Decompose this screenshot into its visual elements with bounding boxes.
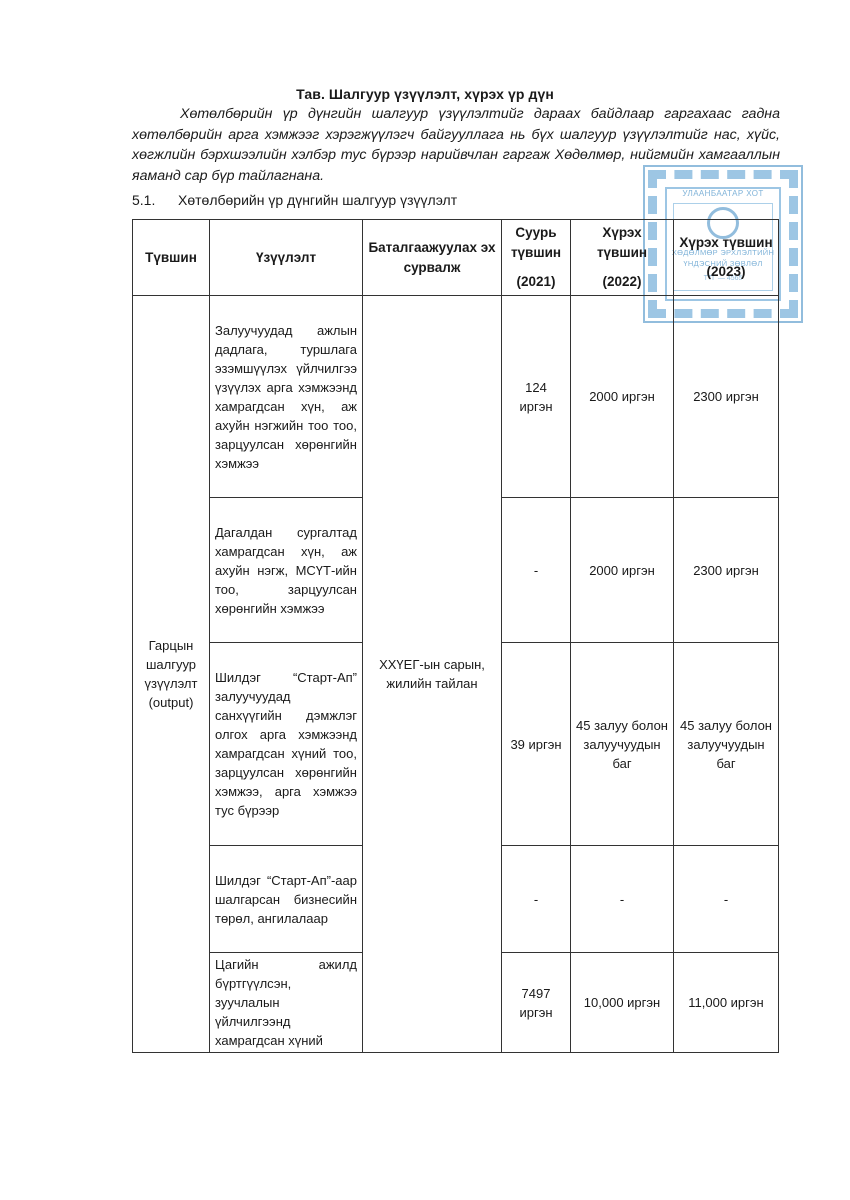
header-target-2023-year: (2023) (679, 262, 773, 282)
target-2022-cell: - (571, 846, 674, 953)
target-2023-cell: 2300 иргэн (674, 296, 779, 498)
baseline-cell: - (502, 498, 571, 643)
target-2022-cell: 45 залуу болон залуучуудын баг (571, 643, 674, 846)
section-heading: 5.1.Хөтөлбөрийн үр дүнгийн шалгуур үзүүл… (132, 192, 457, 208)
header-target-2022: Хүрэх түвшин (2022) (571, 220, 674, 296)
indicator-cell: Цагийн ажилд бүртгүүлсэн, зуучлалын үйлч… (210, 953, 363, 1053)
target-2022-cell: 2000 иргэн (571, 498, 674, 643)
target-2022-cell: 10,000 иргэн (571, 953, 674, 1053)
target-2023-cell: 2300 иргэн (674, 498, 779, 643)
baseline-cell: 124 иргэн (502, 296, 571, 498)
indicator-cell: Шилдэг “Старт-Ап” залуучуудад санхүүгийн… (210, 643, 363, 846)
header-level: Түвшин (133, 220, 210, 296)
header-baseline: Суурь түвшин (2021) (502, 220, 571, 296)
header-baseline-year: (2021) (507, 272, 565, 292)
header-indicator: Үзүүлэлт (210, 220, 363, 296)
header-target-2023-label: Хүрэх түвшин (679, 235, 772, 250)
header-baseline-label: Суурь түвшин (511, 225, 561, 260)
table-header-row: Түвшин Үзүүлэлт Баталгаажуулах эх сурвал… (133, 220, 779, 296)
header-target-2022-label: Хүрэх түвшин (597, 225, 647, 260)
indicator-cell: Дагалдан сургалтад хамрагдсан хүн, аж ах… (210, 498, 363, 643)
header-source: Баталгаажуулах эх сурвалж (363, 220, 502, 296)
stamp-city: УЛААНБААТАР ХОТ (645, 189, 801, 198)
header-target-2023: Хүрэх түвшин (2023) (674, 220, 779, 296)
section-title: Хөтөлбөрийн үр дүнгийн шалгуур үзүүлэлт (178, 192, 457, 208)
indicator-cell: Залуучуудад ажлын дадлага, туршлага эзэм… (210, 296, 363, 498)
indicator-cell: Шилдэг “Старт-Ап”-аар шалгарсан бизнесий… (210, 846, 363, 953)
section-number: 5.1. (132, 192, 178, 208)
baseline-cell: 7497 иргэн (502, 953, 571, 1053)
header-target-2022-year: (2022) (576, 272, 668, 292)
target-2022-cell: 2000 иргэн (571, 296, 674, 498)
target-2023-cell: 11,000 иргэн (674, 953, 779, 1053)
criteria-table: Түвшин Үзүүлэлт Баталгаажуулах эх сурвал… (132, 219, 779, 1053)
target-2023-cell: 45 залуу болон залуучуудын баг (674, 643, 779, 846)
target-2023-cell: - (674, 846, 779, 953)
page-title: Тав. Шалгуур үзүүлэлт, хүрэх үр дүн (0, 86, 850, 102)
level-cell: Гарцын шалгуур үзүүлэлт (output) (133, 296, 210, 1053)
table-row: Гарцын шалгуур үзүүлэлт (output) Залуучу… (133, 296, 779, 498)
source-cell: ХХҮЕГ-ын сарын, жилийн тайлан (363, 296, 502, 1053)
baseline-cell: 39 иргэн (502, 643, 571, 846)
baseline-cell: - (502, 846, 571, 953)
